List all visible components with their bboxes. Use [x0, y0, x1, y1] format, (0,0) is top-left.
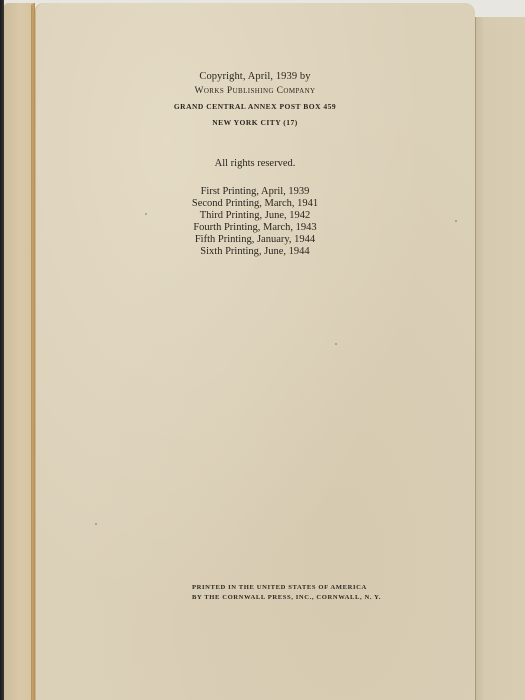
printing-history: First Printing, April, 1939 Second Print…: [35, 186, 475, 258]
paper-speck: [95, 523, 97, 525]
paper-speck: [145, 213, 147, 215]
printing-entry: First Printing, April, 1939: [35, 186, 475, 198]
printing-entry: Fourth Printing, March, 1943: [35, 222, 475, 234]
publisher-name: Works Publishing Company: [35, 84, 475, 99]
imprint-line-country: Printed in the United States of America: [192, 583, 422, 593]
right-page-strip: [475, 17, 525, 700]
imprint-line-press: By The Cornwall Press, Inc., Cornwall, N…: [192, 593, 422, 603]
publisher-city: New York City (17): [35, 115, 475, 131]
copyright-line: Copyright, April, 1939 by: [35, 70, 475, 84]
rights-reserved: All rights reserved.: [35, 157, 475, 171]
rights-notice: All rights reserved.: [35, 157, 475, 171]
copyright-page: Copyright, April, 1939 by Works Publishi…: [35, 3, 475, 700]
printer-imprint: Printed in the United States of America …: [192, 583, 422, 603]
copyright-notice: Copyright, April, 1939 by Works Publishi…: [35, 70, 475, 131]
left-page-strip: [4, 3, 32, 700]
printing-entry: Second Printing, March, 1941: [35, 198, 475, 210]
printing-entry: Sixth Printing, June, 1944: [35, 246, 475, 258]
paper-speck: [455, 220, 457, 222]
printing-entry: Fifth Printing, January, 1944: [35, 234, 475, 246]
publisher-address: Grand Central Annex Post Box 459: [35, 99, 475, 115]
printing-entry: Third Printing, June, 1942: [35, 210, 475, 222]
paper-speck: [335, 343, 337, 345]
